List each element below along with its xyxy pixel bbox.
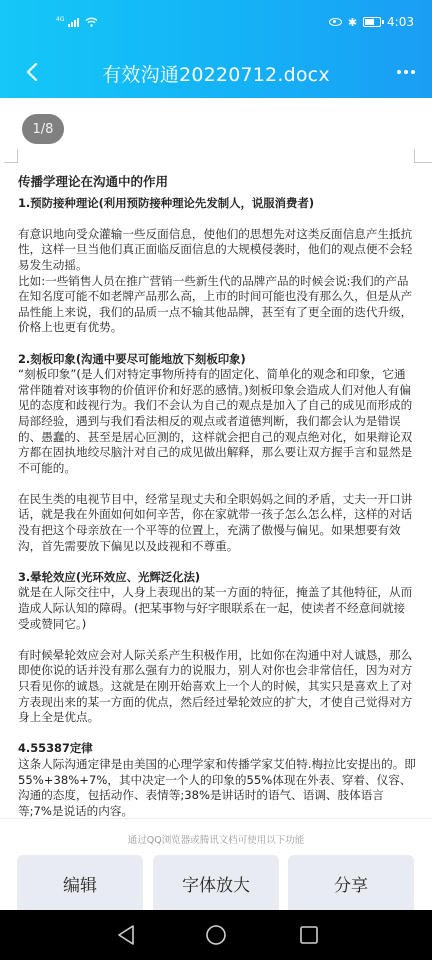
- signal-icon: [68, 18, 79, 27]
- screen: 4G ✱ 4:03: [0, 0, 432, 960]
- paragraph: 这条人际沟通定律是由美国的心理学家和传播学家艾伯特.梅拉比安提出的。即55%+3…: [18, 757, 416, 818]
- nav-back-button[interactable]: [113, 922, 139, 948]
- eye-comfort-icon: [329, 18, 342, 26]
- spacer: [18, 554, 416, 570]
- nav-recents-button[interactable]: [296, 922, 322, 948]
- battery-icon: [363, 17, 381, 27]
- section-heading: 2.刻板印象(沟通中要尽可能地放下刻板印象): [18, 352, 416, 368]
- page-corner-mark: [414, 149, 432, 163]
- paragraph: 有时候晕轮效应会对人际关系产生积极作用，比如你在沟通中对人诚恳，那么即使你说的话…: [18, 648, 416, 726]
- paragraph: 就是在人际交往中，人身上表现出的某一方面的特征，掩盖了其他特征，从而造成人际认知…: [18, 585, 416, 632]
- more-button[interactable]: [394, 64, 418, 80]
- nav-home-button[interactable]: [203, 922, 229, 948]
- doc-heading: 传播学理论在沟通中的作用: [18, 174, 416, 190]
- nav-home-icon: [205, 924, 227, 946]
- action-hint: 通过QQ浏览器或腾讯文档可使用以下功能: [0, 832, 432, 846]
- spacer: [18, 336, 416, 352]
- wifi-icon: [85, 17, 98, 27]
- app-header: 4G ✱ 4:03: [0, 0, 432, 98]
- edit-button[interactable]: 编辑: [17, 855, 143, 911]
- status-right: ✱ 4:03: [329, 15, 414, 29]
- paragraph: 有意识地向受众灌输一些反面信息，使他们的思想先对这类反面信息产生抵抗性，这样一旦…: [18, 227, 416, 274]
- title-bar: 有效沟通20220712.docx: [0, 50, 432, 98]
- bluetooth-icon: ✱: [348, 17, 357, 28]
- network-type-label: 4G: [56, 17, 64, 23]
- nav-recents-icon: [299, 925, 319, 945]
- page-corner-mark: [4, 149, 18, 163]
- section-heading: 3.晕轮效应(光环效应、光辉泛化法): [18, 570, 416, 586]
- nav-back-icon: [116, 924, 136, 946]
- spacer: [18, 476, 416, 492]
- paragraph: “刻板印象”(是人们对特定事物所持有的固定化、简单化的观念和印象，它通常伴随着对…: [18, 367, 416, 476]
- page-indicator: 1/8: [22, 114, 64, 144]
- spacer: [18, 726, 416, 742]
- status-bar: 4G ✱ 4:03: [0, 0, 432, 50]
- paragraph: 在民生类的电视节目中，经常呈现丈夫和全职妈妈之间的矛盾，丈夫一开口讲话，就是我在…: [18, 492, 416, 554]
- spacer: [18, 632, 416, 648]
- paragraph: 比如:一些销售人员在推广营销一些新生代的品牌产品的时候会说:我们的产品在知名度可…: [18, 274, 416, 336]
- spacer: [18, 211, 416, 227]
- action-panel: 通过QQ浏览器或腾讯文档可使用以下功能 编辑 字体放大 分享: [0, 818, 432, 910]
- enlarge-font-button[interactable]: 字体放大: [153, 855, 279, 911]
- more-dots-icon: [397, 70, 401, 74]
- section-heading: 1.预防接种理论(利用预防接种理论先发制人，说服消费者): [18, 196, 416, 212]
- system-nav-bar: [0, 910, 432, 960]
- document-content: 传播学理论在沟通中的作用 1.预防接种理论(利用预防接种理论先发制人，说服消费者…: [18, 174, 416, 818]
- document-viewer[interactable]: 1/8 传播学理论在沟通中的作用 1.预防接种理论(利用预防接种理论先发制人，说…: [0, 98, 432, 818]
- section-heading: 4.55387定律: [18, 741, 416, 757]
- document-title: 有效沟通20220712.docx: [0, 60, 432, 87]
- share-button[interactable]: 分享: [288, 855, 414, 911]
- clock: 4:03: [387, 15, 414, 29]
- status-left: 4G: [56, 17, 98, 27]
